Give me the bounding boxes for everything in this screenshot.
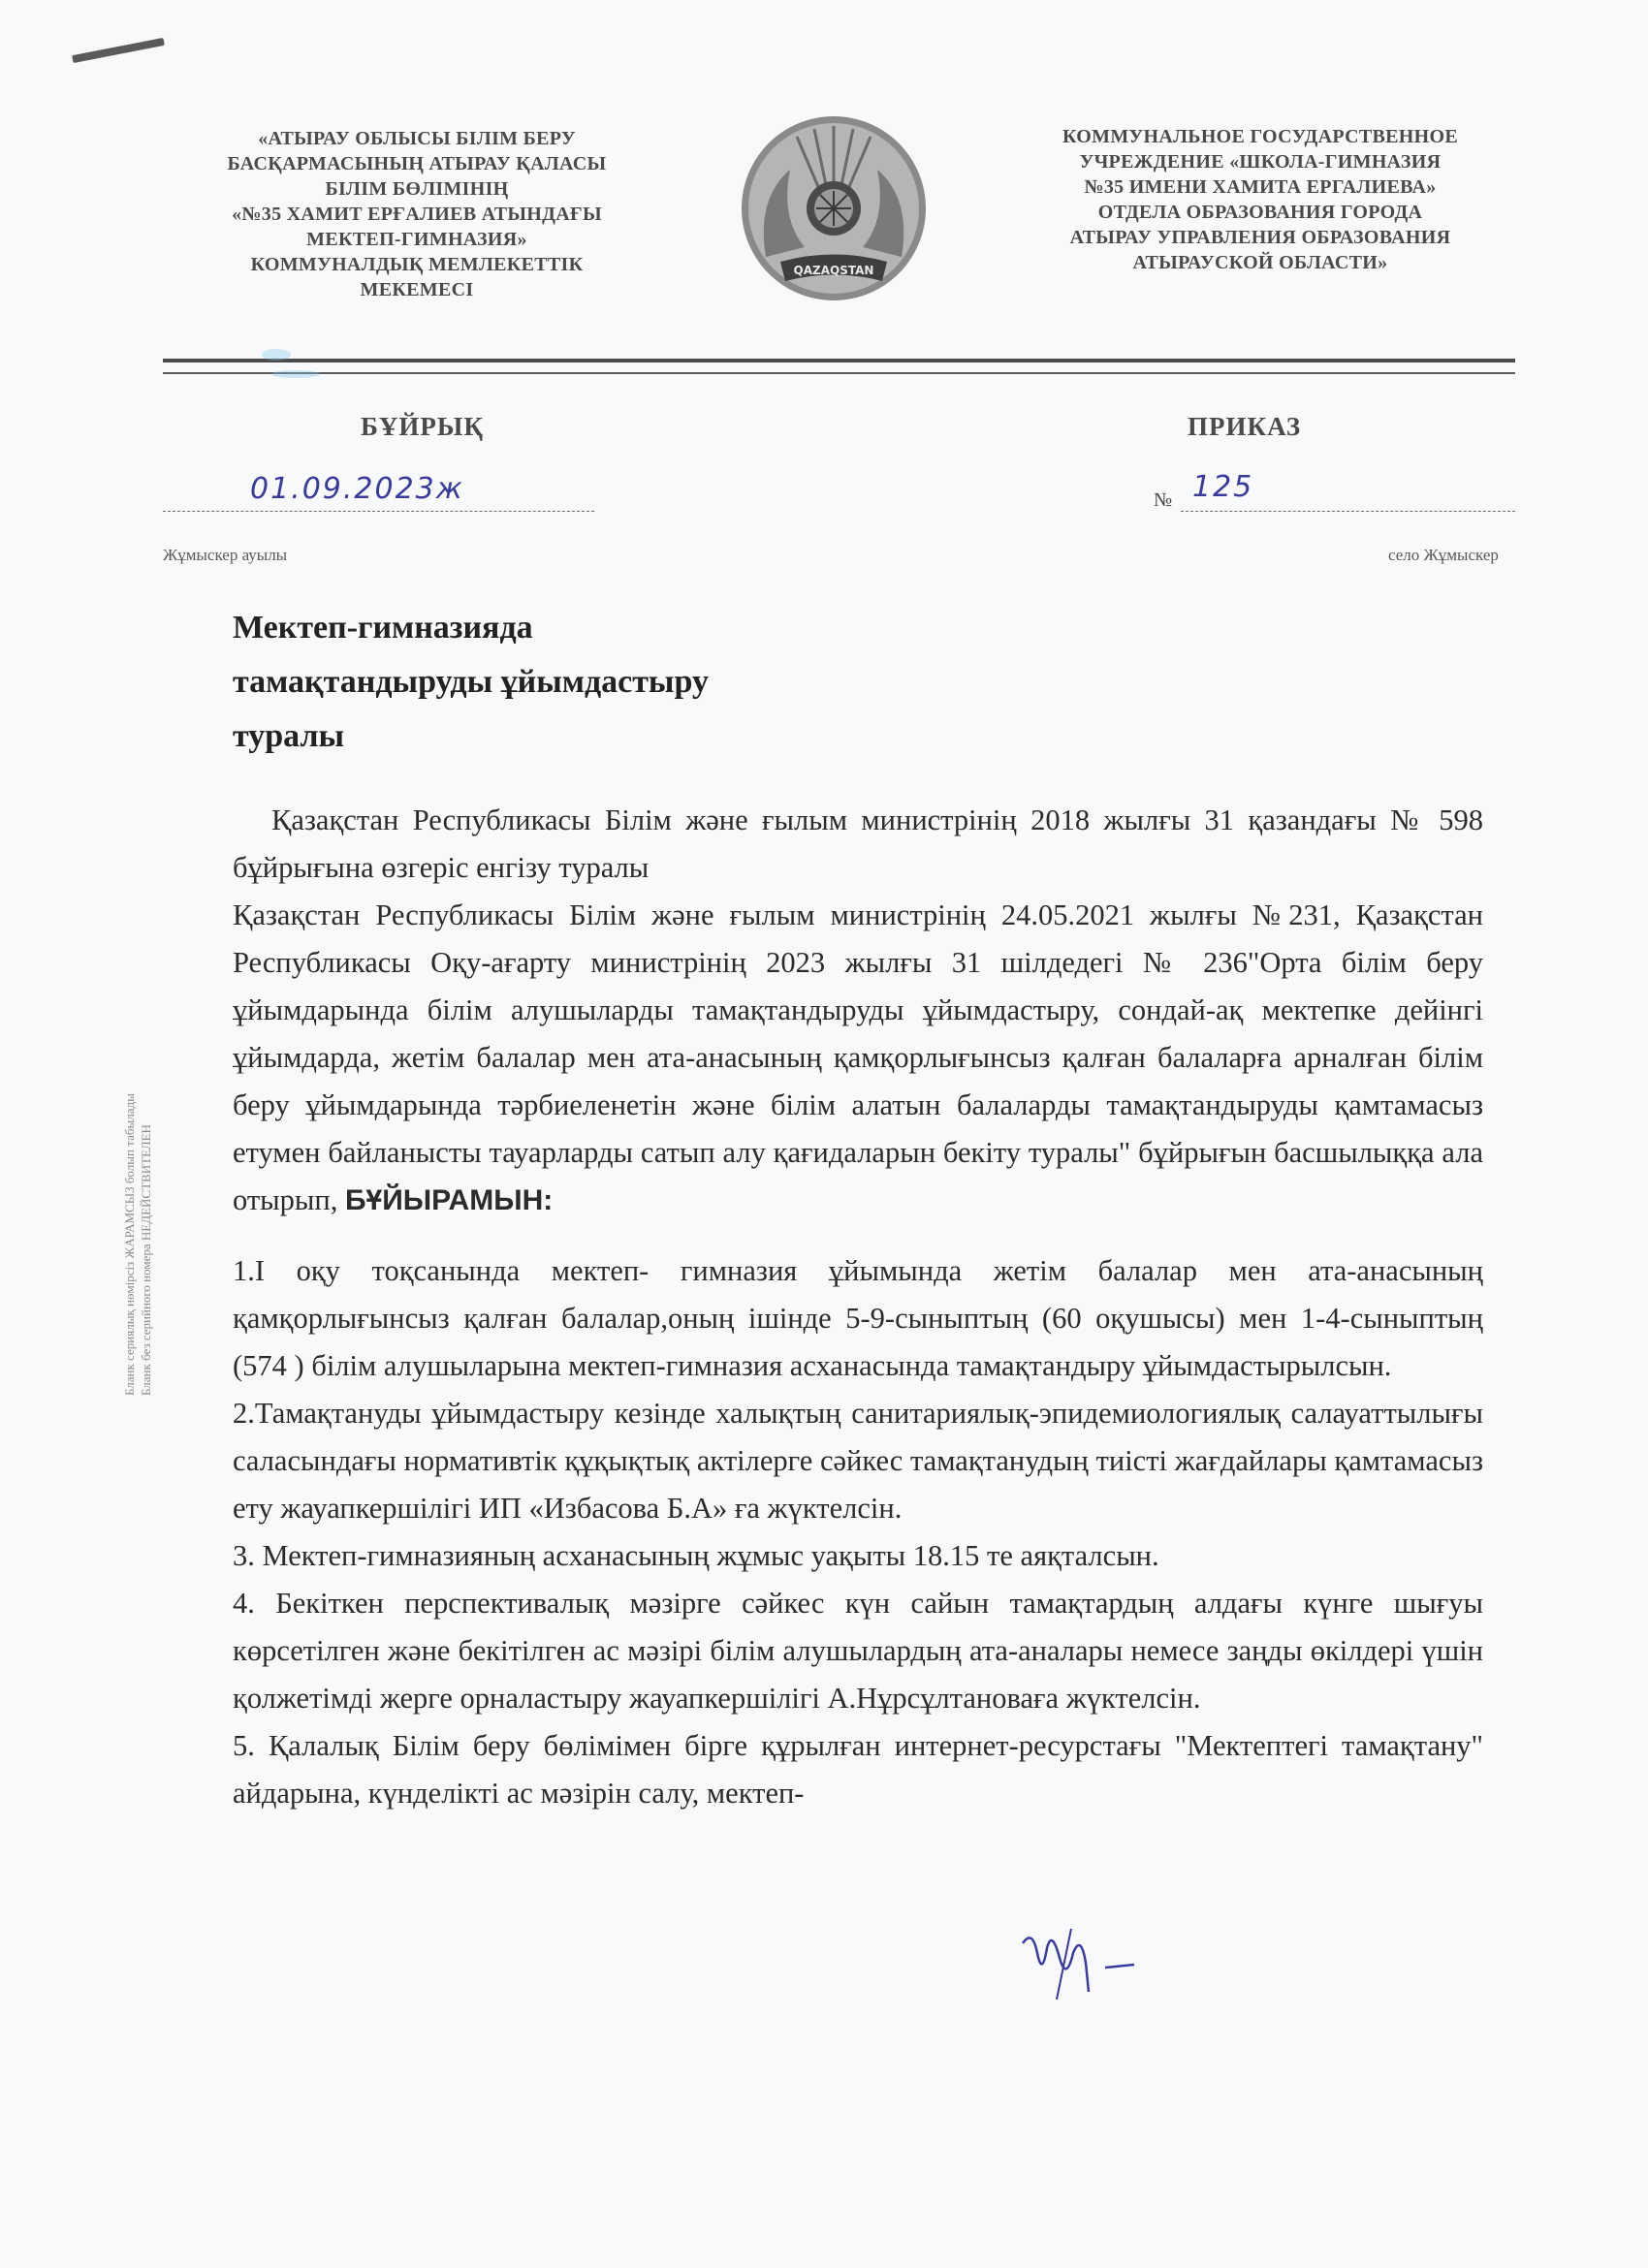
side-note-kz: Бланк сериялық нөмірсіз ЖАРАМСЫЗ болып т…	[121, 1093, 138, 1396]
ink-stain	[271, 370, 320, 378]
svg-text:QAZAQSTAN: QAZAQSTAN	[794, 264, 874, 277]
order-item-2: 2.Тамақтануды ұйымдастыру кезінде халықт…	[233, 1390, 1483, 1532]
document-title: Мектеп-гимназияда тамақтандыруды ұйымдас…	[233, 601, 709, 764]
header-kz-line: КОММУНАЛДЫҚ МЕМЛЕКЕТТІК	[155, 252, 679, 277]
preamble-paragraph-1: Қазақстан Республикасы Білім және ғылым …	[233, 797, 1483, 892]
header-kz-line: «№35 ХАМИТ ЕРҒАЛИЕВ АТЫНДАҒЫ	[155, 202, 679, 227]
staple-mark	[72, 38, 165, 63]
header-kz-line: МЕКТЕП-ГИМНАЗИЯ»	[155, 227, 679, 252]
side-note-ru: Бланк без серийного номера НЕДЕЙСТВИТЕЛЕ…	[138, 1093, 154, 1396]
header-divider-thick	[163, 359, 1515, 362]
place-ru: село Жұмыскер	[1388, 546, 1499, 565]
state-emblem-icon: QAZAQSTAN	[737, 111, 931, 305]
date-handwritten: 01.09.2023ж	[250, 472, 464, 506]
header-ru: КОММУНАЛЬНОЕ ГОСУДАРСТВЕННОЕ УЧРЕЖДЕНИЕ …	[979, 124, 1541, 275]
doc-type-ru: ПРИКАЗ	[1188, 412, 1301, 442]
header-ru-line: УЧРЕЖДЕНИЕ «ШКОЛА-ГИМНАЗИЯ	[979, 149, 1541, 174]
preamble-paragraph-2: Қазақстан Республикасы Білім және ғылым …	[233, 892, 1483, 1224]
order-item-1: 1.I оқу тоқсанында мектеп- гимназия ұйым…	[233, 1247, 1483, 1390]
number-field: 125	[1181, 470, 1515, 512]
document-body: Қазақстан Республикасы Білім және ғылым …	[233, 797, 1483, 1817]
order-item-5: 5. Қалалық Білім беру бөлімімен бірге құ…	[233, 1722, 1483, 1817]
title-line: тамақтандыруды ұйымдастыру	[233, 655, 709, 709]
number-handwritten: 125	[1192, 470, 1253, 504]
number-label: №	[1154, 489, 1172, 512]
header-ru-line: АТЫРАУ УПРАВЛЕНИЯ ОБРАЗОВАНИЯ	[979, 225, 1541, 250]
ink-stain	[262, 349, 291, 361]
signature-icon	[1013, 1924, 1149, 2001]
side-note: Бланк сериялық нөмірсіз ЖАРАМСЫЗ болып т…	[121, 1093, 154, 1396]
header-kz: «АТЫРАУ ОБЛЫСЫ БІЛІМ БЕРУ БАСҚАРМАСЫНЫҢ …	[155, 126, 679, 302]
date-field: 01.09.2023ж	[163, 470, 594, 512]
header-ru-line: КОММУНАЛЬНОЕ ГОСУДАРСТВЕННОЕ	[979, 124, 1541, 149]
preamble-text: Қазақстан Республикасы Білім және ғылым …	[233, 898, 1483, 1216]
header-ru-line: ОТДЕЛА ОБРАЗОВАНИЯ ГОРОДА	[979, 200, 1541, 225]
place-kz: Жұмыскер ауылы	[163, 546, 287, 565]
title-line: Мектеп-гимназияда	[233, 601, 709, 655]
header-kz-line: БАСҚАРМАСЫНЫҢ АТЫРАУ ҚАЛАСЫ	[155, 151, 679, 176]
header-ru-line: №35 ИМЕНИ ХАМИТА ЕРГАЛИЕВА»	[979, 174, 1541, 200]
title-line: туралы	[233, 709, 709, 764]
header-kz-line: МЕКЕМЕСІ	[155, 277, 679, 302]
header-divider-thin	[163, 372, 1515, 374]
header-ru-line: АТЫРАУСКОЙ ОБЛАСТИ»	[979, 250, 1541, 275]
order-word: БҰЙЫРАМЫН:	[345, 1184, 553, 1216]
doc-type-kz: БҰЙРЫҚ	[361, 412, 484, 442]
header-kz-line: БІЛІМ БӨЛІМІНІҢ	[155, 176, 679, 202]
header-kz-line: «АТЫРАУ ОБЛЫСЫ БІЛІМ БЕРУ	[155, 126, 679, 151]
order-item-3: 3. Мектеп-гимназияның асханасының жұмыс …	[233, 1532, 1483, 1580]
order-item-4: 4. Бекіткен перспективалық мәзірге сәйке…	[233, 1580, 1483, 1722]
